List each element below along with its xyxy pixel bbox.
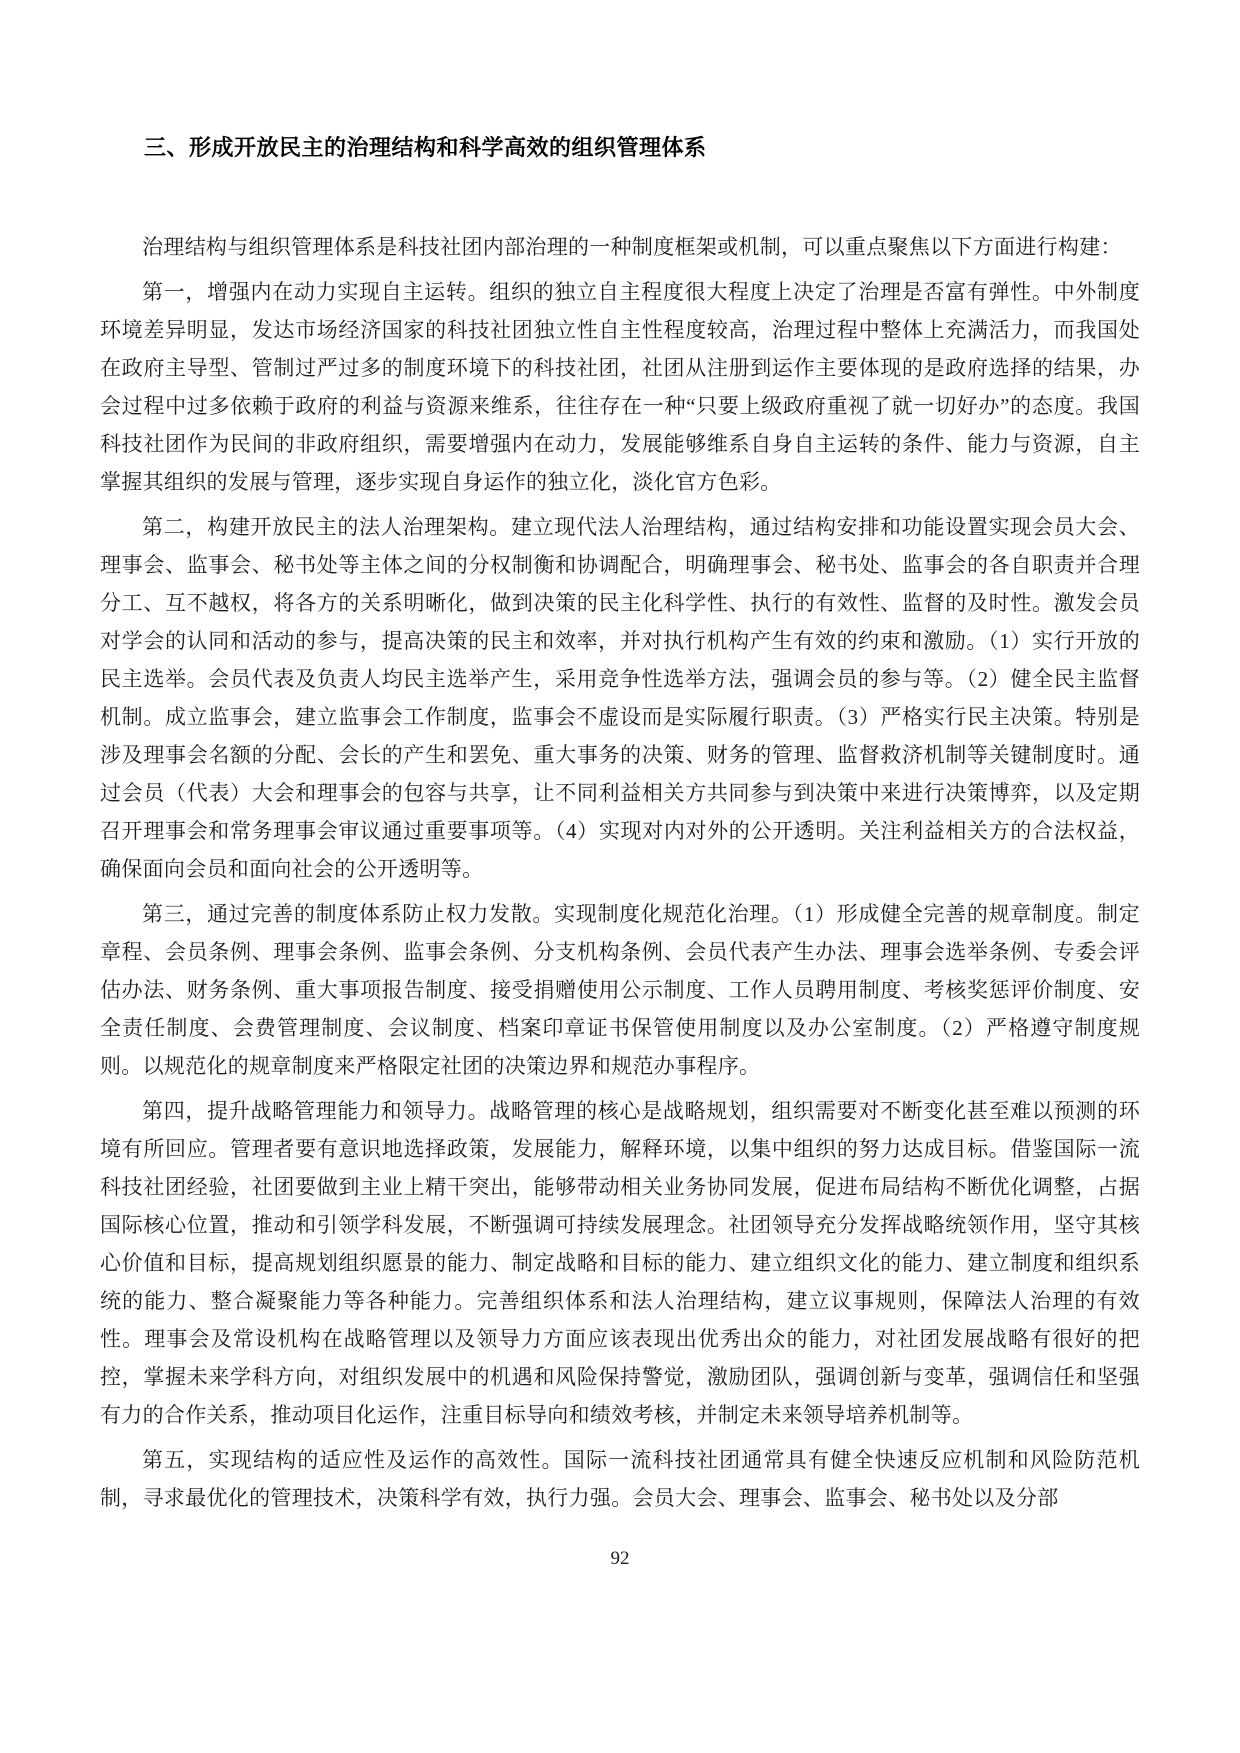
paragraph-intro: 治理结构与组织管理体系是科技社团内部治理的一种制度框架或机制，可以重点聚焦以下方…: [100, 228, 1140, 266]
paragraph-point-2: 第二，构建开放民主的法人治理架构。建立现代法人治理结构，通过结构安排和功能设置实…: [100, 508, 1140, 888]
paragraph-point-1: 第一，增强内在动力实现自主运转。组织的独立自主程度很大程度上决定了治理是否富有弹…: [100, 273, 1140, 501]
paragraph-point-3: 第三，通过完善的制度体系防止权力发散。实现制度化规范化治理。（1）形成健全完善的…: [100, 895, 1140, 1085]
paragraph-point-5: 第五，实现结构的适应性及运作的高效性。国际一流科技社团通常具有健全快速反应机制和…: [100, 1441, 1140, 1517]
section-heading: 三、形成开放民主的治理结构和科学高效的组织管理体系: [100, 132, 1140, 164]
page-number: 92: [100, 1547, 1140, 1571]
document-page: 三、形成开放民主的治理结构和科学高效的组织管理体系 治理结构与组织管理体系是科技…: [0, 0, 1240, 1753]
document-body: 治理结构与组织管理体系是科技社团内部治理的一种制度框架或机制，可以重点聚焦以下方…: [100, 228, 1140, 1517]
paragraph-point-4: 第四，提升战略管理能力和领导力。战略管理的核心是战略规划，组织需要对不断变化甚至…: [100, 1092, 1140, 1434]
